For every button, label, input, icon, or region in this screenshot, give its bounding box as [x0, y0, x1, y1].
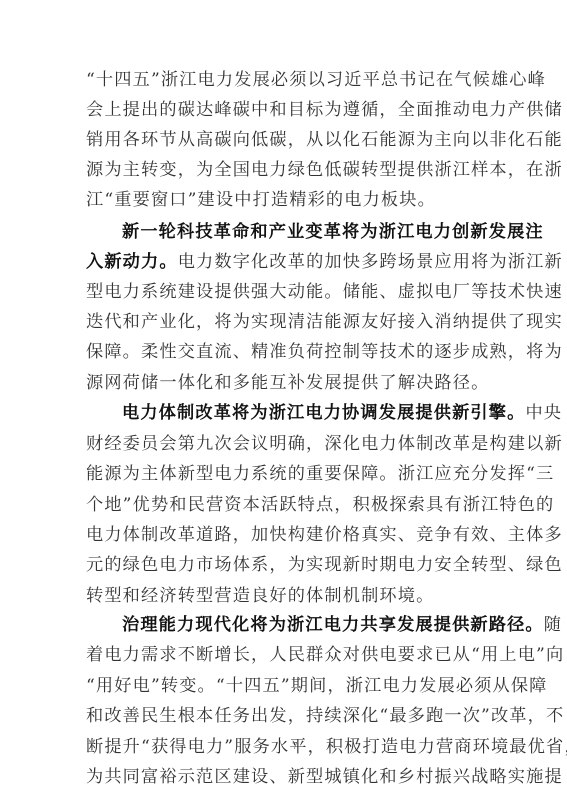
bold-heading-segment: 新一轮科技革命和产业变革将为浙江电力创新发展注: [122, 222, 544, 242]
text-segment: 为共同富裕示范区建设、新型城镇化和乡村振兴战略实施提: [86, 767, 563, 787]
text-segment: 断提升“获得电力”服务水平，积极打造电力营商环境最优省，: [86, 737, 567, 757]
text-line: 转型和经济转型营造良好的体制机制环境。: [86, 584, 486, 608]
text-segment: 型电力系统建设提供强大动能。储能、虚拟电厂等技术快速: [86, 282, 563, 302]
text-segment: 电力数字化改革的加快多跨场景应用将为浙江新: [178, 252, 563, 272]
text-line: 电力体制改革将为浙江电力协调发展提供新引擎。中央: [122, 401, 522, 425]
text-segment: 随: [544, 615, 562, 635]
text-line: 新一轮科技革命和产业变革将为浙江电力创新发展注: [122, 220, 522, 244]
text-segment: 中央: [525, 403, 562, 423]
text-line: “用好电”转变。“十四五”期间，浙江电力发展必须从保障: [86, 674, 486, 698]
bold-heading-segment: 入新动力。: [86, 252, 178, 272]
text-segment: “用好电”转变。“十四五”期间，浙江电力发展必须从保障: [86, 676, 548, 696]
text-line: 江“重要窗口”建设中打造精彩的电力板块。: [86, 188, 486, 212]
text-segment: 源为主转变，为全国电力绿色低碳转型提供浙江样本，在浙: [86, 160, 563, 180]
text-segment: 能源为主体新型电力系统的重要保障。浙江应充分发挥“三: [86, 464, 554, 484]
page-number: 7: [292, 742, 298, 752]
text-line: 元的绿色电力市场体系，为实现新时期电力安全转型、绿色: [86, 553, 486, 577]
text-line: 迭代和产业化，将为实现清洁能源友好接入消纳提供了现实: [86, 310, 486, 334]
text-segment: 转型和经济转型营造良好的体制机制环境。: [86, 586, 434, 606]
text-line: 个地”优势和民营资本活跃特点，积极探索具有浙江特色的: [86, 493, 486, 517]
bold-heading-segment: 电力体制改革将为浙江电力协调发展提供新引擎。: [122, 403, 525, 423]
text-segment: 源网荷储一体化和多能互补发展提供了解决路径。: [86, 373, 489, 393]
text-line: 型电力系统建设提供强大动能。储能、虚拟电厂等技术快速: [86, 280, 486, 304]
text-segment: 着电力需求不断增长，人民群众对供电要求已从“用上电”向: [86, 645, 564, 665]
bold-heading-segment: 治理能力现代化将为浙江电力共享发展提供新路径。: [122, 615, 544, 635]
text-segment: 保障。柔性交直流、精准负荷控制等技术的逐步成熟，将为: [86, 342, 563, 362]
text-line: 保障。柔性交直流、精准负荷控制等技术的逐步成熟，将为: [86, 340, 486, 364]
text-line: 电力体制改革道路，加快构建价格真实、竞争有效、主体多: [86, 523, 486, 547]
document-page: “十四五”浙江电力发展必须以习近平总书记在气候雄心峰会上提出的碳达峰碳中和目标为…: [0, 0, 567, 800]
text-line: 财经委员会第九次会议明确，深化电力体制改革是构建以新: [86, 432, 486, 456]
text-line: “十四五”浙江电力发展必须以习近平总书记在气候雄心峰: [86, 68, 486, 92]
text-line: 为共同富裕示范区建设、新型城镇化和乡村振兴战略实施提: [86, 765, 486, 789]
text-line: 销用各环节从高碳向低碳，从以化石能源为主向以非化石能: [86, 128, 486, 152]
text-line: 断提升“获得电力”服务水平，积极打造电力营商环境最优省，: [86, 735, 486, 759]
text-segment: 和改善民生根本任务出发，持续深化“最多跑一次”改革，不: [86, 706, 564, 726]
text-segment: “十四五”浙江电力发展必须以习近平总书记在气候雄心峰: [86, 70, 546, 90]
text-line: 着电力需求不断增长，人民群众对供电要求已从“用上电”向: [86, 643, 486, 667]
text-line: 源网荷储一体化和多能互补发展提供了解决路径。: [86, 371, 486, 395]
text-line: 入新动力。电力数字化改革的加快多跨场景应用将为浙江新: [86, 250, 486, 274]
text-segment: 迭代和产业化，将为实现清洁能源友好接入消纳提供了现实: [86, 312, 563, 332]
text-line: 源为主转变，为全国电力绿色低碳转型提供浙江样本，在浙: [86, 158, 486, 182]
text-segment: 会上提出的碳达峰碳中和目标为遵循，全面推动电力产供储: [86, 100, 563, 120]
text-line: 治理能力现代化将为浙江电力共享发展提供新路径。随: [122, 613, 522, 637]
text-segment: 江“重要窗口”建设中打造精彩的电力板块。: [86, 190, 436, 210]
text-line: 和改善民生根本任务出发，持续深化“最多跑一次”改革，不: [86, 704, 486, 728]
text-line: 会上提出的碳达峰碳中和目标为遵循，全面推动电力产供储: [86, 98, 486, 122]
text-segment: 电力体制改革道路，加快构建价格真实、竞争有效、主体多: [86, 525, 563, 545]
text-segment: 销用各环节从高碳向低碳，从以化石能源为主向以非化石能: [86, 130, 563, 150]
text-segment: 财经委员会第九次会议明确，深化电力体制改革是构建以新: [86, 434, 563, 454]
text-segment: 个地”优势和民营资本活跃特点，积极探索具有浙江特色的: [86, 495, 554, 515]
text-segment: 元的绿色电力市场体系，为实现新时期电力安全转型、绿色: [86, 555, 563, 575]
text-line: 能源为主体新型电力系统的重要保障。浙江应充分发挥“三: [86, 462, 486, 486]
